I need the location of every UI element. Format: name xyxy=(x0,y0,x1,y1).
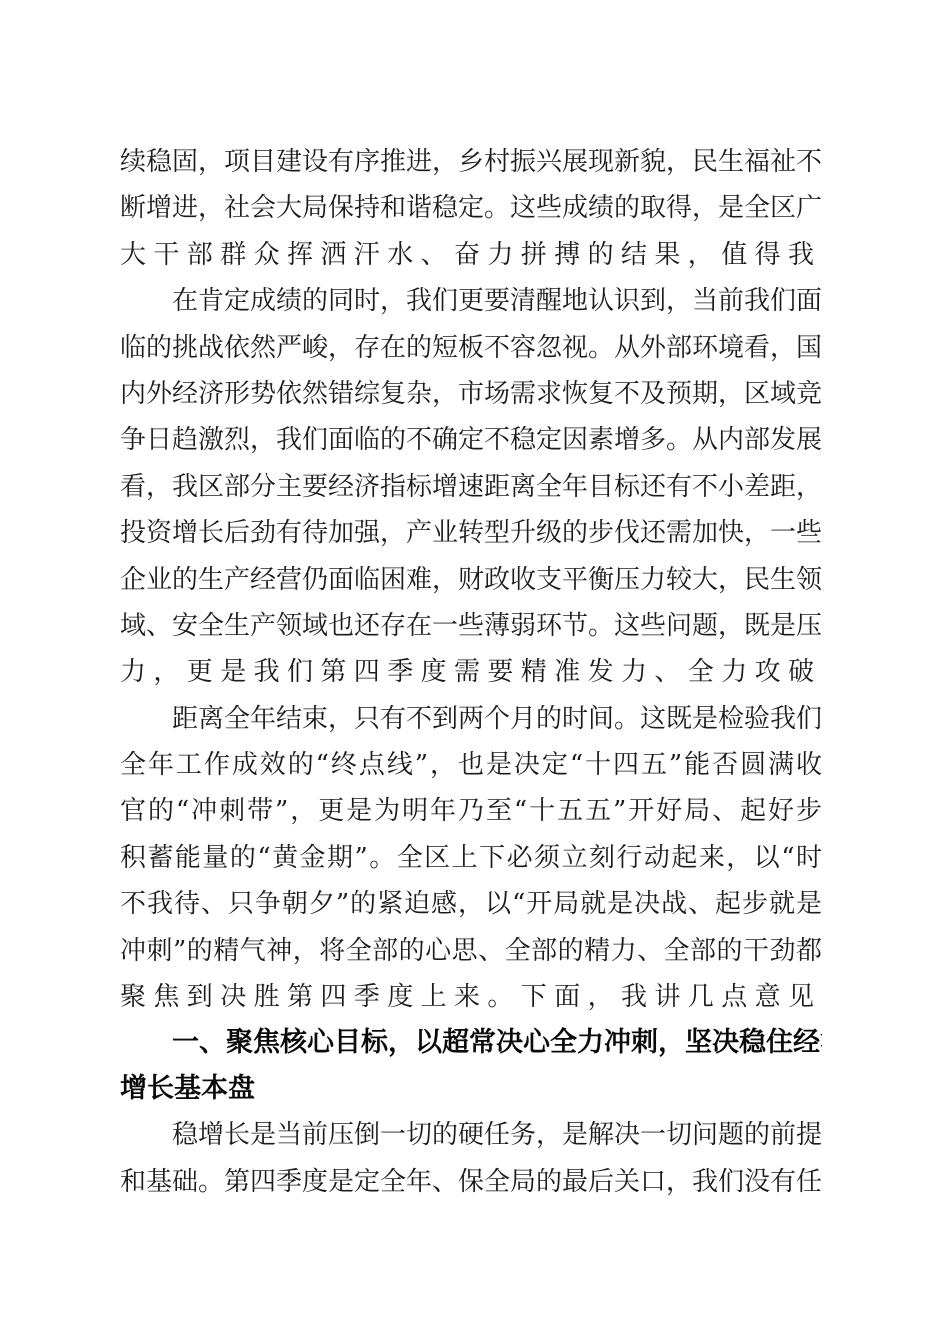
text-line: 大干部群众挥洒汗水、奋力拼搏的结果，值得我们充分肯定。 xyxy=(120,239,822,285)
heading-line: 一、聚焦核心目标，以超常决心全力冲刺，坚决稳住经济 xyxy=(120,1027,822,1073)
paragraph-achievements-continued: 续稳固，项目建设有序推进，乡村振兴展现新貌，民生福祉不 断增进，社会大局保持和谐… xyxy=(120,146,822,285)
text-line: 聚焦到决胜第四季度上来。下面，我讲几点意见。 xyxy=(120,981,822,1027)
text-line: 内外经济形势依然错综复杂，市场需求恢复不及预期，区域竞 xyxy=(120,378,822,424)
document-page: 续稳固，项目建设有序推进，乡村振兴展现新貌，民生福祉不 断增进，社会大局保持和谐… xyxy=(0,0,950,1344)
text-column: 续稳固，项目建设有序推进，乡村振兴展现新貌，民生福祉不 断增进，社会大局保持和谐… xyxy=(120,146,822,1212)
text-line: 在肯定成绩的同时，我们更要清醒地认识到，当前我们面 xyxy=(120,285,822,331)
text-line: 全年工作成效的“终点线”，也是决定“十四五”能否圆满收 xyxy=(120,749,822,795)
text-line: 争日趋激烈，我们面临的不确定不稳定因素增多。从内部发展 xyxy=(120,424,822,470)
heading-line: 增长基本盘 xyxy=(120,1073,822,1119)
text-line: 距离全年结束，只有不到两个月的时间。这既是检验我们 xyxy=(120,703,822,749)
text-line: 稳增长是当前压倒一切的硬任务，是解决一切问题的前提 xyxy=(120,1119,822,1165)
paragraph-challenges: 在肯定成绩的同时，我们更要清醒地认识到，当前我们面 临的挑战依然严峻，存在的短板… xyxy=(120,285,822,703)
paragraph-call-to-action: 距离全年结束，只有不到两个月的时间。这既是检验我们 全年工作成效的“终点线”，也… xyxy=(120,703,822,1028)
text-line: 企业的生产经营仍面临困难，财政收支平衡压力较大，民生领 xyxy=(120,564,822,610)
text-line: 力，更是我们第四季度需要精准发力、全力攻破的“山头”。 xyxy=(120,656,822,702)
text-line: 域、安全生产领域也还存在一些薄弱环节。这些问题，既是压 xyxy=(120,610,822,656)
text-line: 看，我区部分主要经济指标增速距离全年目标还有不小差距， xyxy=(120,471,822,517)
paragraph-stabilize-growth: 稳增长是当前压倒一切的硬任务，是解决一切问题的前提 和基础。第四季度是定全年、保… xyxy=(120,1119,822,1212)
text-line: 和基础。第四季度是定全年、保全局的最后关口，我们没有任 xyxy=(120,1166,822,1212)
text-line: 不我待、只争朝夕”的紧迫感，以“开局就是决战、起步就是 xyxy=(120,888,822,934)
text-line: 断增进，社会大局保持和谐稳定。这些成绩的取得，是全区广 xyxy=(120,192,822,238)
text-line: 续稳固，项目建设有序推进，乡村振兴展现新貌，民生福祉不 xyxy=(120,146,822,192)
text-line: 冲刺”的精气神，将全部的心思、全部的精力、全部的干劲都 xyxy=(120,935,822,981)
section-heading-1: 一、聚焦核心目标，以超常决心全力冲刺，坚决稳住经济 增长基本盘 xyxy=(120,1027,822,1119)
text-line: 官的“冲刺带”，更是为明年乃至“十五五”开好局、起好步 xyxy=(120,795,822,841)
text-line: 投资增长后劲有待加强，产业转型升级的步伐还需加快，一些 xyxy=(120,517,822,563)
text-line: 临的挑战依然严峻，存在的短板不容忽视。从外部环境看，国 xyxy=(120,332,822,378)
text-line: 积蓄能量的“黄金期”。全区上下必须立刻行动起来，以“时 xyxy=(120,842,822,888)
